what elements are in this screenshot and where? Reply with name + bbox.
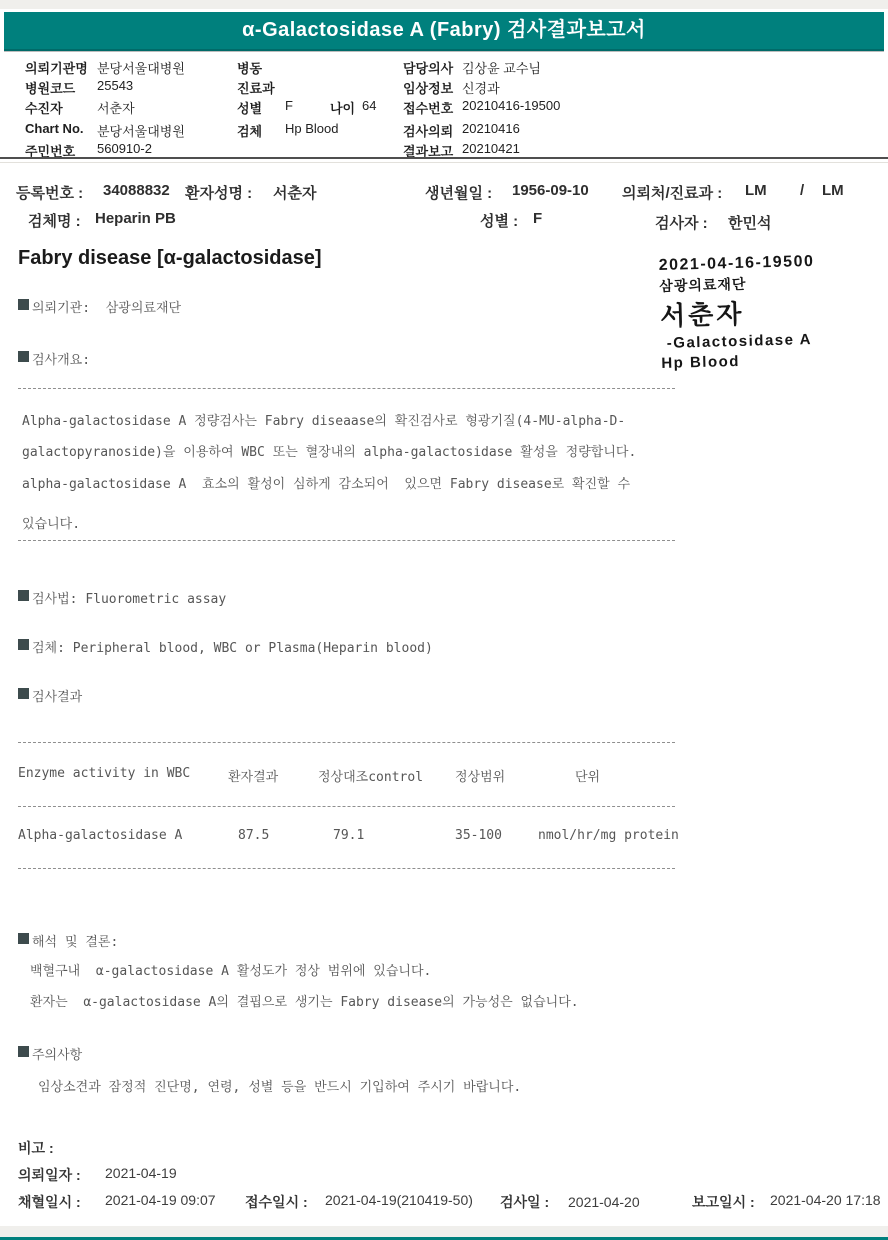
overview-line: Alpha-galactosidase A 정량검사는 Fabry diseaa… — [22, 410, 625, 429]
stamp-specimen-type: Hp Blood — [661, 349, 888, 372]
table-cell-range: 35-100 — [455, 828, 502, 843]
info-value-result-date: 20210421 — [462, 141, 520, 156]
stamp-patient-name: 서춘자 — [660, 290, 888, 333]
info-label-order-date: 검사의뢰 — [403, 121, 453, 140]
patient-sex-label: 성별 : — [480, 210, 518, 231]
patient-spec-label: 검체명 : — [28, 210, 81, 231]
info-label-doctor: 담당의사 — [403, 58, 453, 77]
patient-ref-label: 의뢰처/진료과 : — [622, 182, 722, 203]
test-date-value: 2021-04-20 — [568, 1194, 640, 1210]
dashed-divider — [18, 742, 675, 743]
overview-line: galactopyranoside)을 이용하여 WBC 또는 혈장내의 alp… — [22, 441, 636, 460]
patient-examiner-value: 한민석 — [728, 212, 771, 233]
lab-report-page: α-Galactosidase A (Fabry) 검사결과보고서 의뢰기관명 … — [0, 0, 888, 1240]
info-value-code: 25543 — [97, 78, 133, 93]
info-value-age: 64 — [362, 98, 376, 113]
patient-name-label: 환자성명 : — [185, 182, 252, 203]
stamp-test-name: -Galactosidase A — [661, 329, 888, 352]
request-date-label: 의뢰일자 : — [18, 1165, 81, 1185]
section-marker — [18, 590, 29, 601]
top-strip — [0, 0, 888, 9]
interpretation-line: 환자는 α-galactosidase A의 결핍으로 생기는 Fabry di… — [30, 991, 579, 1010]
section-marker — [18, 639, 29, 650]
report-title: α-Galactosidase A (Fabry) 검사결과보고서 — [4, 12, 884, 49]
table-header-unit: 단위 — [575, 766, 600, 785]
info-value-receipt-no: 20210416-19500 — [462, 98, 560, 113]
info-label-specimen: 검체 — [237, 121, 262, 140]
table-cell-enzyme: Alpha-galactosidase A — [18, 828, 182, 843]
section-marker — [18, 688, 29, 699]
receipt-time-value: 2021-04-19(210419-50) — [325, 1192, 473, 1208]
report-title-bar: α-Galactosidase A (Fabry) 검사결과보고서 — [4, 12, 884, 51]
patient-ref-value: LM — [745, 182, 767, 199]
overview-line: alpha-galactosidase A 효소의 활성이 심하게 감소되어 있… — [22, 473, 630, 492]
dashed-divider — [18, 806, 675, 807]
specimen-line: 검체: Peripheral blood, WBC or Plasma(Hepa… — [32, 637, 433, 656]
patient-ref-slash: / — [800, 182, 804, 199]
caution-line: 임상소견과 잠정적 진단명, 연령, 성별 등을 반드시 기입하여 주시기 바랍… — [38, 1076, 521, 1095]
section-marker — [18, 933, 29, 944]
info-value-chart: 분당서울대병원 — [97, 121, 185, 140]
info-label-org: 의뢰기관명 — [25, 58, 88, 77]
table-header-patient: 환자결과 — [228, 766, 278, 785]
patient-name-value: 서춘자 — [273, 182, 316, 203]
collect-time-value: 2021-04-19 09:07 — [105, 1192, 216, 1208]
info-label-receipt-no: 접수번호 — [403, 98, 453, 117]
info-label-ward: 병동 — [237, 58, 262, 77]
info-value-clinical: 신경과 — [462, 78, 500, 97]
test-name-title: Fabry disease [α-galactosidase] — [18, 247, 322, 270]
request-org-line: 의뢰기관: 삼광의료재단 — [32, 297, 181, 316]
dashed-divider — [18, 388, 675, 389]
info-value-org: 분당서울대병원 — [97, 58, 185, 77]
patient-reg-label: 등록번호 : — [16, 182, 83, 203]
info-label-sex: 성별 — [237, 98, 262, 117]
table-cell-control: 79.1 — [333, 828, 364, 843]
patient-spec-value: Heparin PB — [95, 210, 176, 227]
interpretation-line: 백혈구내 α-galactosidase A 활성도가 정상 범위에 있습니다. — [30, 960, 431, 979]
info-label-code: 병원코드 — [25, 78, 75, 97]
section-marker — [18, 1046, 29, 1057]
table-cell-result: 87.5 — [238, 828, 269, 843]
remark-label: 비고 : — [18, 1138, 54, 1158]
info-value-specimen: Hp Blood — [285, 121, 338, 136]
table-cell-unit: nmol/hr/mg protein — [538, 828, 679, 843]
info-label-chart: Chart No. — [25, 121, 84, 136]
info-value-patient: 서춘자 — [97, 98, 135, 117]
receipt-time-label: 접수일시 : — [245, 1192, 308, 1212]
info-value-doctor: 김상윤 교수님 — [462, 58, 541, 77]
report-time-label: 보고일시 : — [692, 1192, 755, 1212]
patient-examiner-label: 검사자 : — [655, 212, 708, 233]
divider-soft — [0, 162, 888, 163]
table-header-range: 정상범위 — [455, 766, 505, 785]
section-marker — [18, 299, 29, 310]
section-marker — [18, 351, 29, 362]
patient-ref-value2: LM — [822, 182, 844, 199]
interpretation-label: 해석 및 결론: — [32, 931, 118, 950]
info-value-order-date: 20210416 — [462, 121, 520, 136]
collect-time-label: 채혈일시 : — [18, 1192, 81, 1212]
patient-reg-value: 34088832 — [103, 182, 170, 199]
caution-label: 주의사항 — [32, 1044, 82, 1063]
overview-label: 검사개요: — [32, 349, 90, 368]
info-value-sex: F — [285, 98, 293, 113]
table-header-control: 정상대조control — [318, 766, 423, 785]
info-label-dept: 진료과 — [237, 78, 275, 97]
dashed-divider — [18, 868, 675, 869]
specimen-label-stamp: 2021-04-16-19500 삼광의료재단 서춘자 -Galactosida… — [659, 251, 888, 372]
divider-dark — [0, 157, 888, 159]
test-date-label: 검사일 : — [500, 1192, 549, 1212]
request-date-value: 2021-04-19 — [105, 1165, 177, 1181]
table-header-enzyme: Enzyme activity in WBC — [18, 766, 190, 781]
patient-birth-label: 생년월일 : — [425, 182, 492, 203]
method-line: 검사법: Fluorometric assay — [32, 588, 226, 607]
overview-line: 있습니다. — [22, 513, 80, 532]
report-time-value: 2021-04-20 17:18 — [770, 1192, 881, 1208]
info-label-clinical: 임상정보 — [403, 78, 453, 97]
info-value-ssn: 560910-2 — [97, 141, 152, 156]
bottom-strip — [0, 1226, 888, 1237]
dashed-divider — [18, 540, 675, 541]
info-label-patient: 수진자 — [25, 98, 63, 117]
patient-birth-value: 1956-09-10 — [512, 182, 589, 199]
patient-sex-value: F — [533, 210, 542, 227]
info-label-age: 나이 — [330, 98, 355, 117]
results-label: 검사결과 — [32, 686, 82, 705]
